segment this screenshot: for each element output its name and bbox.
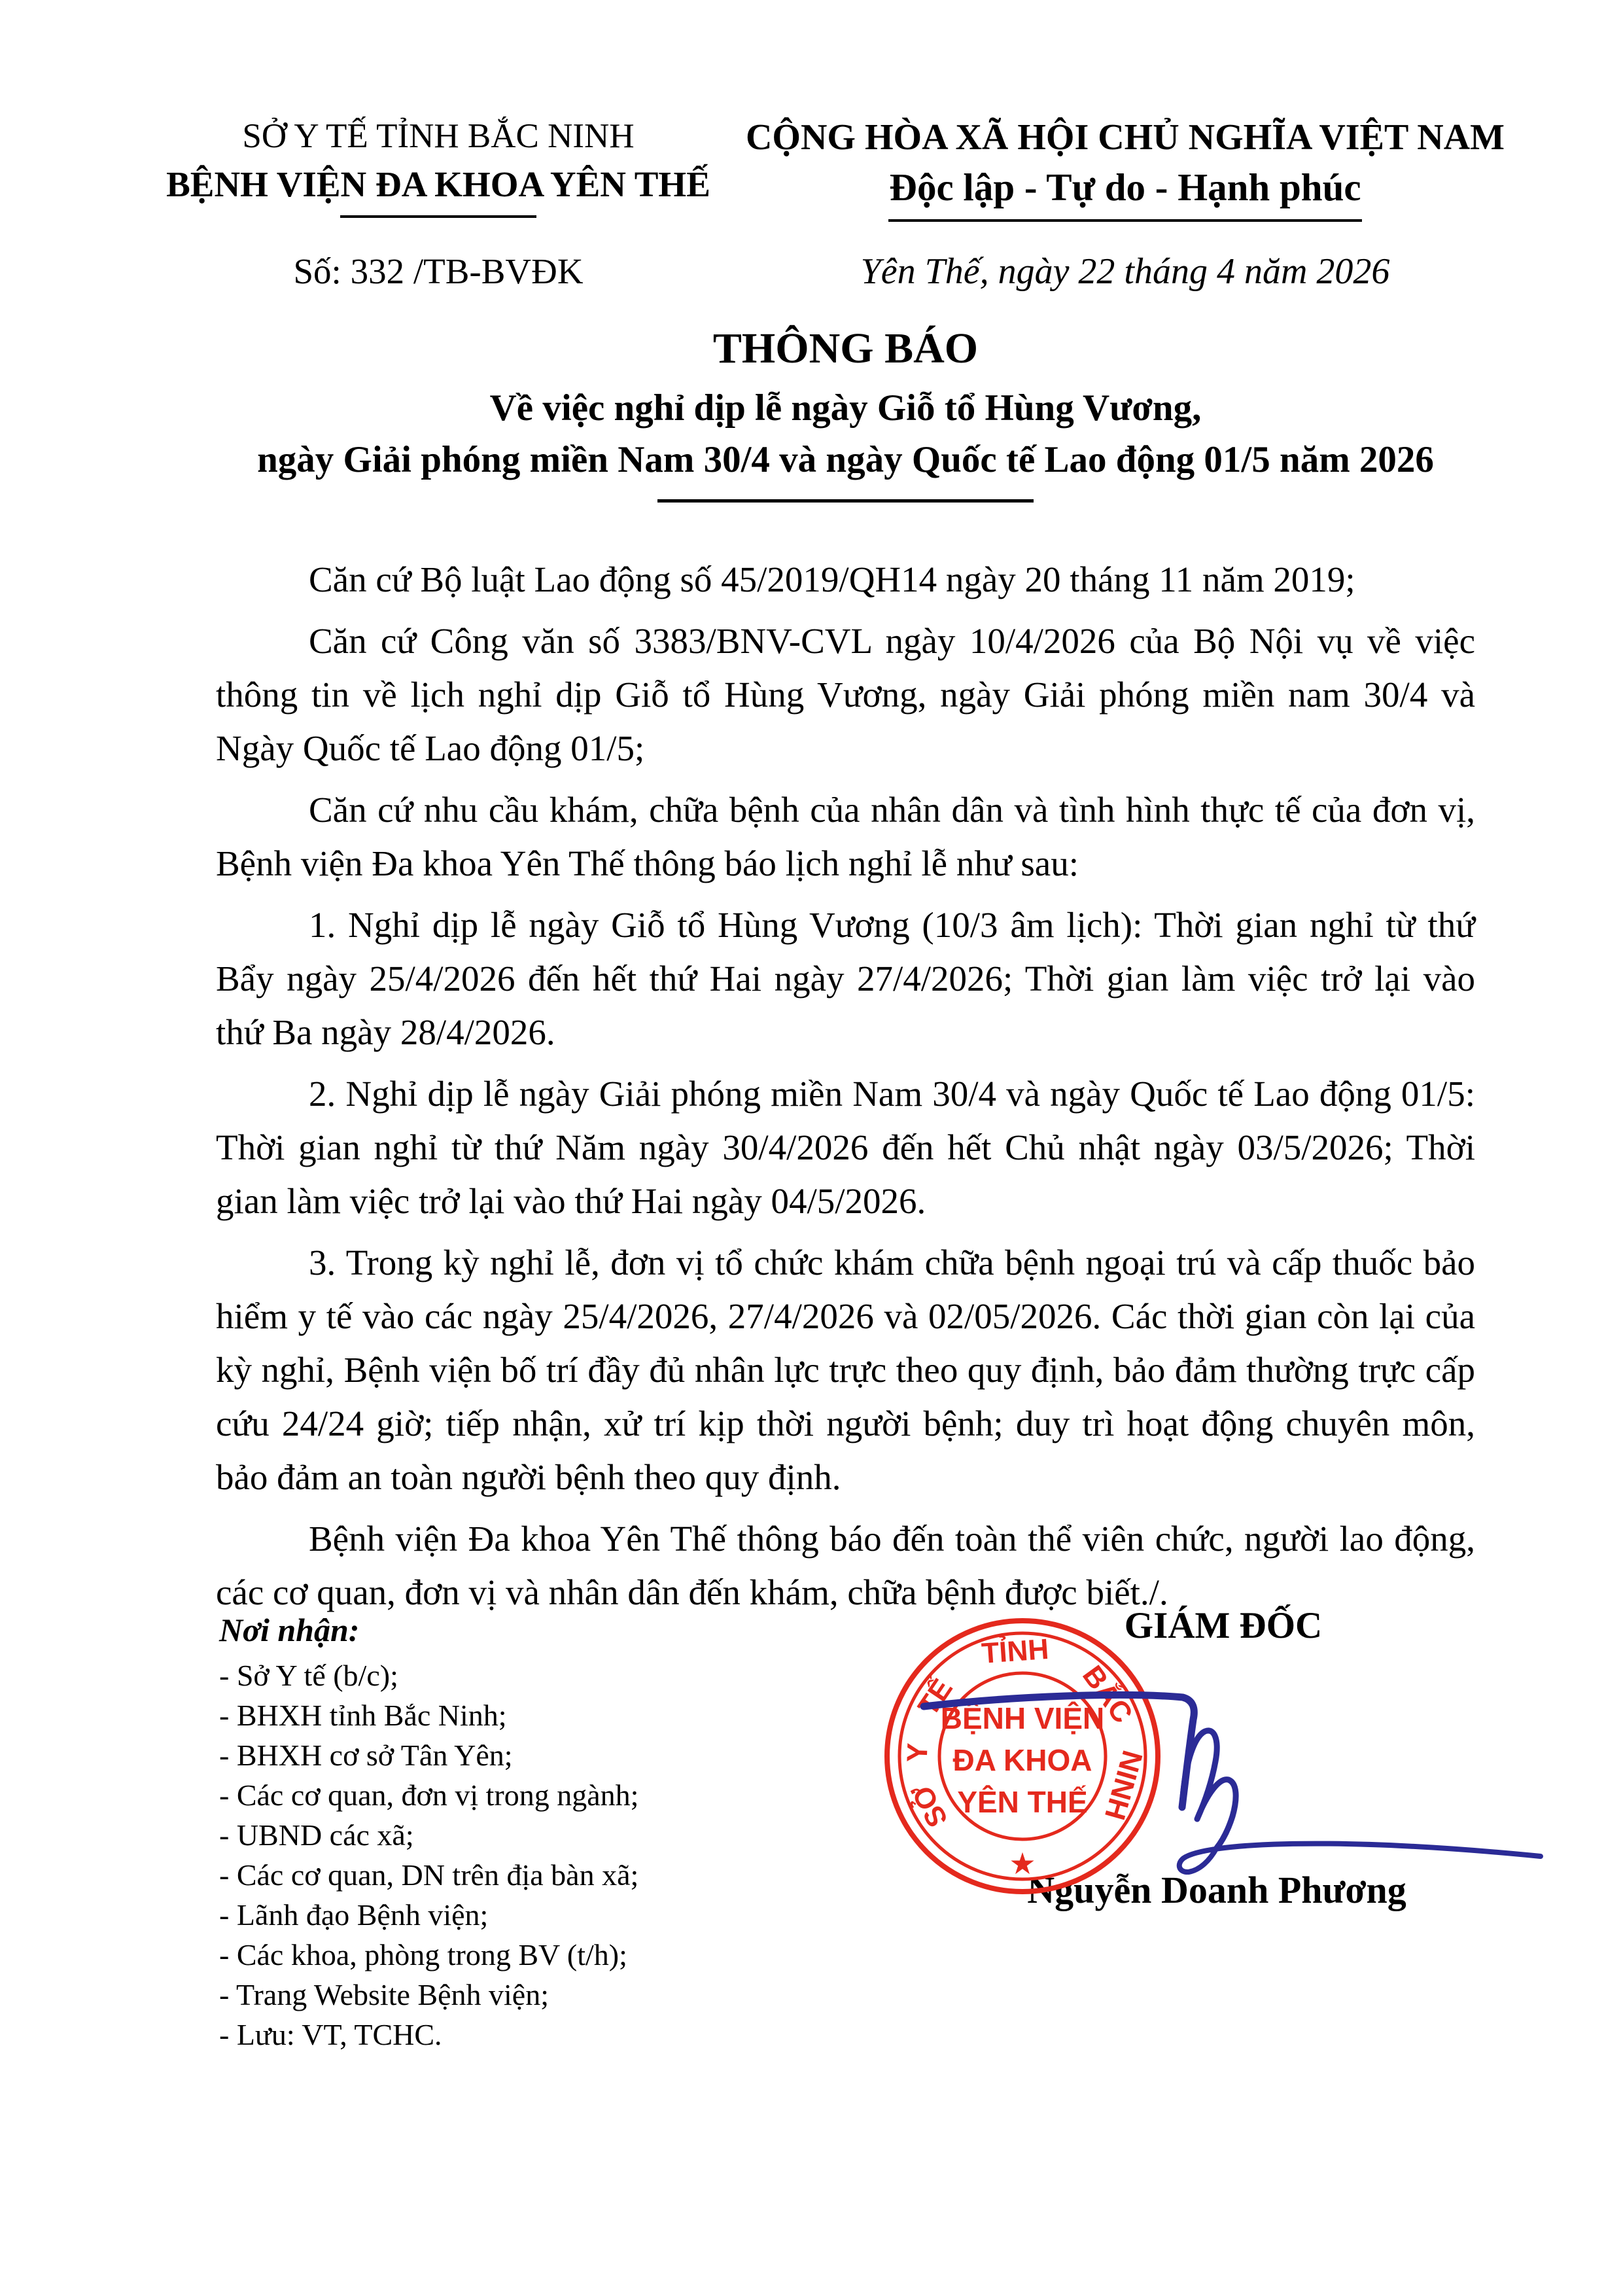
paragraph: 1. Nghỉ dịp lễ ngày Giỗ tổ Hùng Vương (1…	[216, 898, 1475, 1059]
issuer-underline	[340, 215, 536, 218]
paragraph: Bệnh viện Đa khoa Yên Thế thông báo đến …	[216, 1512, 1475, 1619]
recipients-heading: Nơi nhận:	[219, 1611, 847, 1649]
recipient-item: - Lãnh đạo Bệnh viện;	[219, 1895, 847, 1935]
recipient-item: - UBND các xã;	[219, 1815, 847, 1855]
recipients-list: - Sở Y tế (b/c); - BHXH tỉnh Bắc Ninh; -…	[219, 1655, 847, 2055]
document-body: Căn cứ Bộ luật Lao động số 45/2019/QH14 …	[216, 553, 1475, 1627]
recipient-item: - Trang Website Bệnh viện;	[219, 1975, 847, 2015]
recipient-item: - Các cơ quan, DN trên địa bàn xã;	[219, 1855, 847, 1895]
document-subtitle-line2: ngày Giải phóng miền Nam 30/4 và ngày Qu…	[216, 438, 1475, 481]
paragraph: Căn cứ nhu cầu khám, chữa bệnh của nhân …	[216, 783, 1475, 891]
paragraph: Căn cứ Công văn số 3383/BNV-CVL ngày 10/…	[216, 614, 1475, 775]
issuer-org: BỆNH VIỆN ĐA KHOA YÊN THẾ	[157, 164, 720, 205]
signature-stroke	[1182, 1731, 1236, 1848]
signature-stroke	[1179, 1844, 1541, 1872]
paragraph: Căn cứ Bộ luật Lao động số 45/2019/QH14 …	[216, 553, 1475, 607]
issuer-parent-org: SỞ Y TẾ TỈNH BẮC NINH	[157, 116, 720, 156]
title-block: THÔNG BÁO Về việc nghỉ dịp lễ ngày Giỗ t…	[216, 324, 1475, 503]
recipient-item: - BHXH tỉnh Bắc Ninh;	[219, 1695, 847, 1735]
document-page: SỞ Y TẾ TỈNH BẮC NINH BỆNH VIỆN ĐA KHOA …	[0, 0, 1623, 2296]
recipient-item: - Các cơ quan, đơn vị trong ngành;	[219, 1775, 847, 1815]
recipient-item: - Sở Y tế (b/c);	[219, 1655, 847, 1695]
national-motto: Độc lập - Tự do - Hạnh phúc	[733, 165, 1518, 210]
document-subtitle-line1: Về việc nghỉ dịp lễ ngày Giỗ tổ Hùng Vươ…	[216, 387, 1475, 429]
document-title: THÔNG BÁO	[216, 324, 1475, 374]
national-title: CỘNG HÒA XÃ HỘI CHỦ NGHĨA VIỆT NAM	[733, 116, 1518, 158]
recipients-block: Nơi nhận: - Sở Y tế (b/c); - BHXH tỉnh B…	[219, 1611, 847, 2055]
motto-underline	[888, 219, 1362, 222]
recipient-item: - BHXH cơ sở Tân Yên;	[219, 1735, 847, 1775]
issuer-block: SỞ Y TẾ TỈNH BẮC NINH BỆNH VIỆN ĐA KHOA …	[157, 116, 720, 292]
paragraph: 2. Nghỉ dịp lễ ngày Giải phóng miền Nam …	[216, 1067, 1475, 1228]
paragraph: 3. Trong kỳ nghỉ lễ, đơn vị tổ chức khám…	[216, 1236, 1475, 1504]
signature-ink	[909, 1662, 1557, 1878]
recipient-item: - Lưu: VT, TCHC.	[219, 2015, 847, 2055]
place-and-date: Yên Thế, ngày 22 tháng 4 năm 2026	[733, 251, 1518, 292]
recipient-item: - Các khoa, phòng trong BV (t/h);	[219, 1935, 847, 1975]
title-underline	[657, 499, 1034, 503]
national-header-block: CỘNG HÒA XÃ HỘI CHỦ NGHĨA VIỆT NAM Độc l…	[733, 116, 1518, 292]
document-number: Số: 332 /TB-BVĐK	[157, 251, 720, 292]
signature-stroke	[924, 1695, 1194, 1807]
